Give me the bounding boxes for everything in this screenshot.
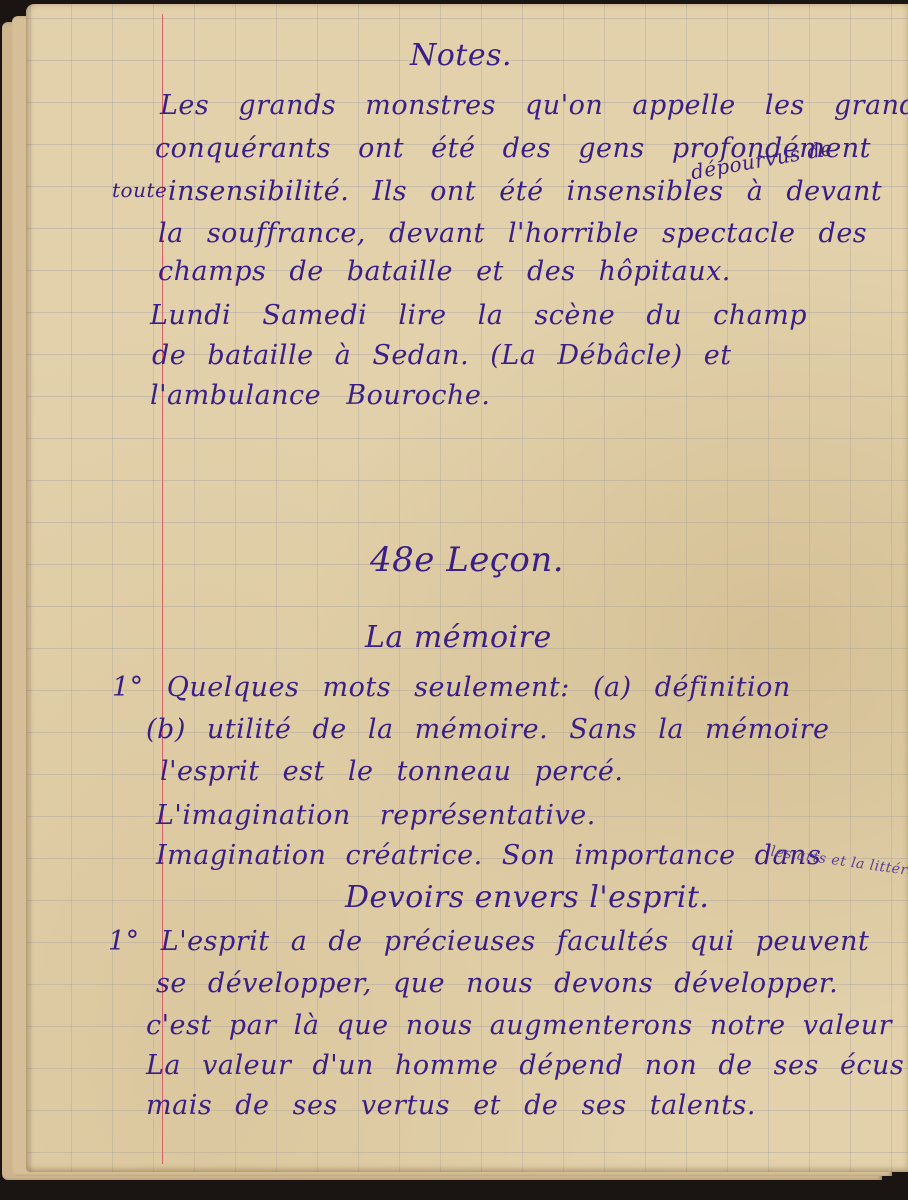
- duties-line: se développer, que nous devons développe…: [156, 968, 838, 999]
- notes-margin-insertion: toute: [112, 178, 167, 202]
- notes-line: Les grands monstres qu'on appelle les gr…: [160, 90, 908, 121]
- lesson-line: 1° Quelques mots seulement: (a) définiti…: [112, 672, 791, 703]
- lesson-subject-heading: La mémoire: [365, 620, 552, 655]
- lesson-line: L'imagination représentative.: [156, 800, 596, 831]
- duties-line: La valeur d'un homme dépend non de ses é…: [146, 1050, 904, 1081]
- notes-line: la souffrance, devant l'horrible spectac…: [158, 218, 867, 249]
- lesson-line: l'esprit est le tonneau percé.: [160, 756, 623, 787]
- lesson-number-heading: 48e Leçon.: [370, 540, 564, 580]
- duties-line: c'est par là que nous augmenterons notre…: [146, 1010, 892, 1041]
- duties-line: mais de ses vertus et de ses talents.: [146, 1090, 756, 1121]
- notes-line: insensibilité. Ils ont été insensibles à…: [168, 176, 882, 207]
- notes-line: de bataille à Sedan. (La Débâcle) et: [152, 340, 732, 371]
- duties-subheading: Devoirs envers l'esprit.: [345, 880, 709, 915]
- lesson-line: Imagination créatrice. Son importance da…: [156, 840, 821, 871]
- notes-heading: Notes.: [410, 38, 512, 73]
- notes-line: champs de bataille et des hôpitaux.: [158, 256, 731, 287]
- notes-line: Lundi Samedi lire la scène du champ: [150, 300, 807, 331]
- notes-line: conquérants ont été des gens profondémen…: [155, 133, 871, 164]
- lesson-line: (b) utilité de la mémoire. Sans la mémoi…: [146, 714, 829, 745]
- duties-line: 1° L'esprit a de précieuses facultés qui…: [108, 926, 869, 957]
- notes-line: l'ambulance Bouroche.: [150, 380, 490, 411]
